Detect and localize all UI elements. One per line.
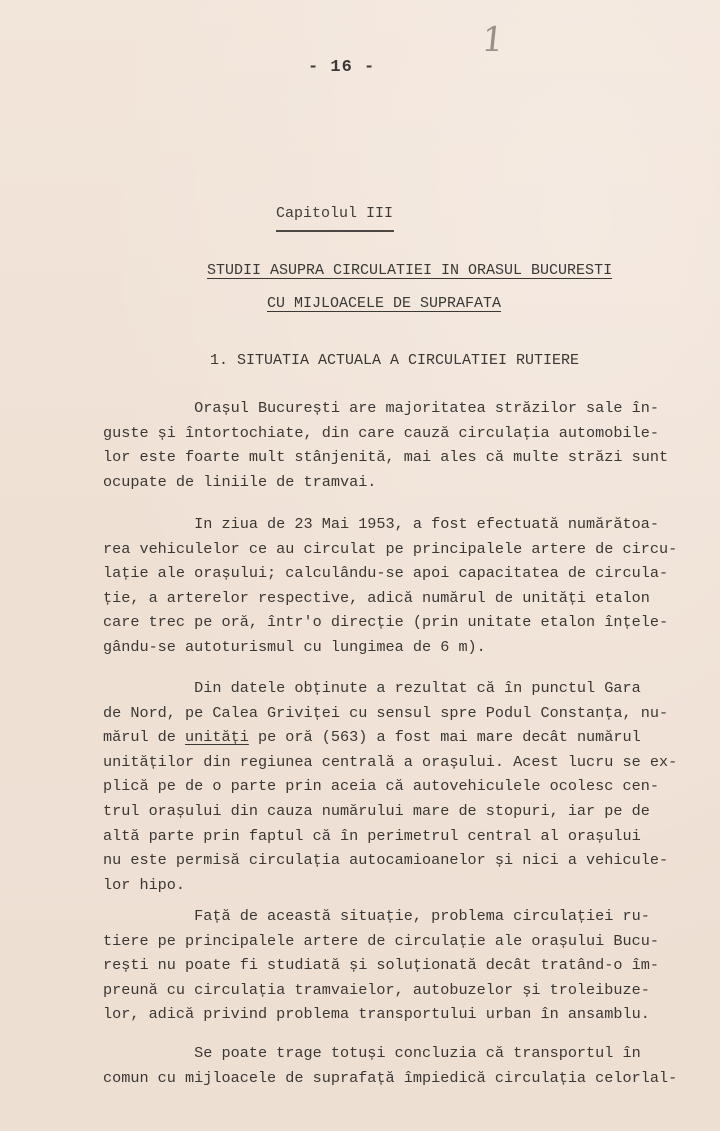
underlined-word: unități: [185, 728, 249, 746]
text-line: lor este foarte mult stânjenită, mai ale…: [103, 445, 720, 470]
chapter-heading: Capitolul III: [276, 205, 393, 222]
text-line: nu este permisă circulația autocamioanel…: [103, 848, 720, 873]
text-line: Se poate trage totuși concluzia că trans…: [103, 1041, 720, 1066]
text-line: altă parte prin faptul că în perimetrul …: [103, 824, 720, 849]
text-line: ocupate de liniile de tramvai.: [103, 470, 720, 495]
text-line: ție, a arterelor respective, adică număr…: [103, 586, 720, 611]
handwritten-mark: 1: [480, 20, 506, 60]
title-line-1: STUDII ASUPRA CIRCULATIEI IN ORASUL BUCU…: [207, 262, 612, 279]
chapter-underline: [276, 230, 394, 232]
text-line: plică pe de o parte prin aceia că autove…: [103, 774, 720, 799]
text-line: Față de această situație, problema circu…: [103, 904, 720, 929]
text-line: lație ale orașului; calculându-se apoi c…: [103, 561, 720, 586]
paragraph-5: Se poate trage totuși concluzia că trans…: [103, 1041, 720, 1090]
text-line: care trec pe oră, într'o direcție (prin …: [103, 610, 720, 635]
text-line: rești nu poate fi studiată și soluționat…: [103, 953, 720, 978]
text-line: tiere pe principalele artere de circulaț…: [103, 929, 720, 954]
text-line: de Nord, pe Calea Griviței cu sensul spr…: [103, 701, 720, 726]
text-line: gându-se autoturismul cu lungimea de 6 m…: [103, 635, 720, 660]
text-line: lor hipo.: [103, 873, 720, 898]
text-line: comun cu mijloacele de suprafață împiedi…: [103, 1066, 720, 1091]
section-heading: 1. SITUATIA ACTUALA A CIRCULATIEI RUTIER…: [210, 352, 579, 369]
text-line: lor, adică privind problema transportulu…: [103, 1002, 720, 1027]
page-number: - 16 -: [308, 58, 375, 77]
text-line: Din datele obținute a rezultat că în pun…: [103, 676, 720, 701]
text-line: unităților din regiunea centrală a orașu…: [103, 750, 720, 775]
text-line: guste și întortochiate, din care cauză c…: [103, 421, 720, 446]
title-line-2: CU MIJLOACELE DE SUPRAFATA: [267, 295, 501, 312]
paragraph-4: Față de această situație, problema circu…: [103, 904, 720, 1027]
paragraph-2: In ziua de 23 Mai 1953, a fost efectuată…: [103, 512, 720, 660]
text-line: rea vehiculelor ce au circulat pe princi…: [103, 537, 720, 562]
text-line: preună cu circulația tramvaielor, autobu…: [103, 978, 720, 1003]
document-page: 1 - 16 - Capitolul III STUDII ASUPRA CIR…: [0, 0, 720, 1131]
paragraph-3: Din datele obținute a rezultat că în pun…: [103, 676, 720, 897]
text-line-with-underline: mărul de unități pe oră (563) a fost mai…: [103, 725, 720, 750]
text-line: In ziua de 23 Mai 1953, a fost efectuată…: [103, 512, 720, 537]
paragraph-1: Orașul București are majoritatea străzil…: [103, 396, 720, 494]
text-line: Orașul București are majoritatea străzil…: [103, 396, 720, 421]
text-line: trul orașului din cauza numărului mare d…: [103, 799, 720, 824]
